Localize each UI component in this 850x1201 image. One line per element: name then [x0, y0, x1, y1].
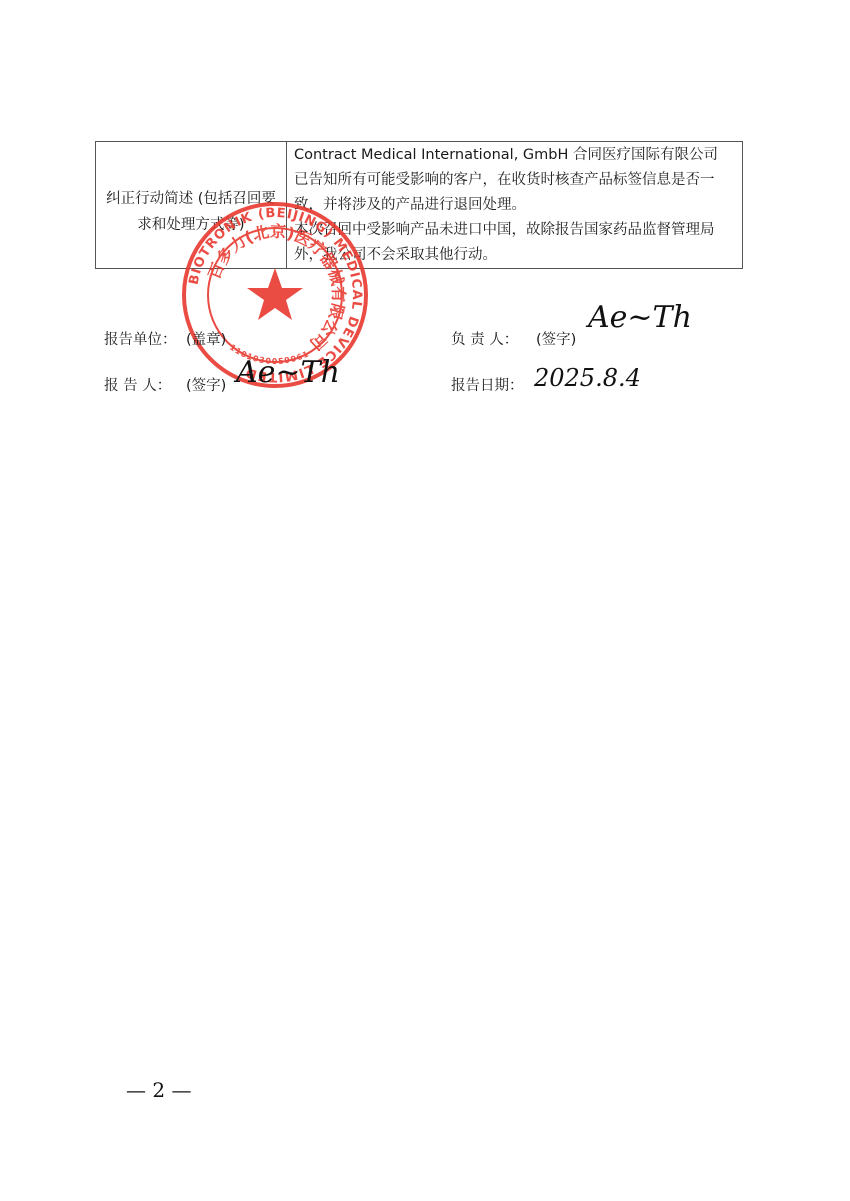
reporter-signature: Ae~Th — [236, 355, 340, 390]
responsible-person-note: (签字) — [536, 328, 576, 349]
page-number: — 2 — — [126, 1078, 191, 1102]
report-date-label: 报告日期： — [451, 374, 524, 395]
reporting-unit-note: (盖章) — [186, 328, 226, 349]
content-line: 已告知所有可能受影响的客户，在收货时核查产品标签信息是否一 — [294, 168, 736, 193]
responsible-person-label: 负 责 人： — [451, 328, 518, 349]
responsible-person-signature: Ae~Th — [588, 300, 692, 335]
content-line: Contract Medical International, GmbH 合同医… — [294, 143, 736, 168]
star-icon — [247, 268, 303, 320]
reporter-note: (签字) — [186, 374, 226, 395]
reporting-unit-label: 报告单位： — [104, 328, 177, 349]
report-date-value: 2025.8.4 — [534, 364, 641, 392]
reporter-label: 报 告 人： — [104, 374, 171, 395]
